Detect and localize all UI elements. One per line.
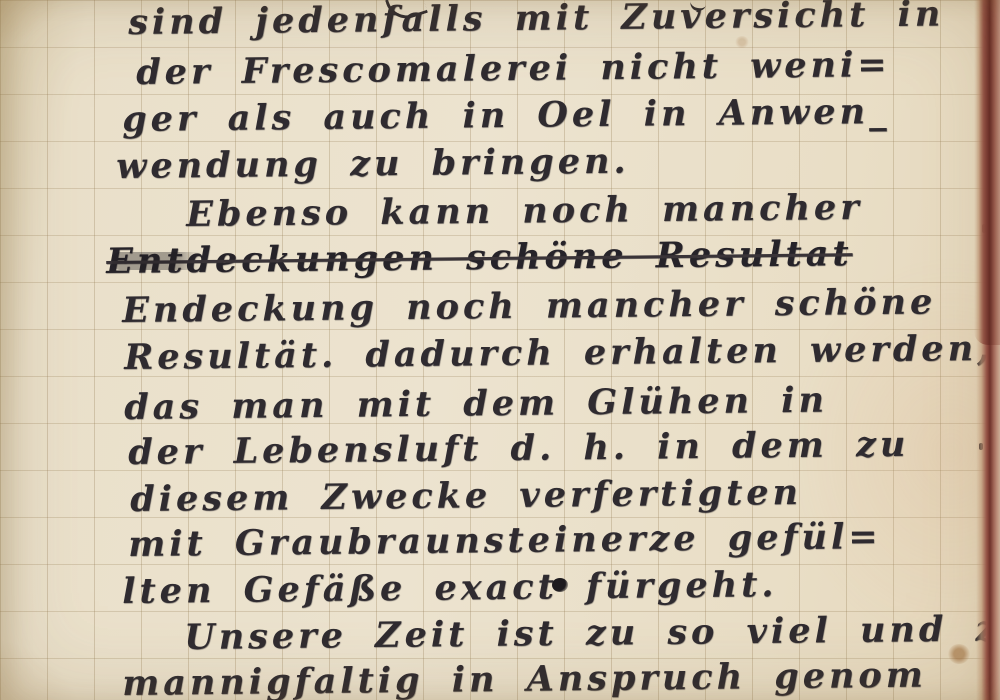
manuscript-line: der Frescomalerei nicht weni= xyxy=(136,44,891,93)
foxing-stain xyxy=(948,644,970,664)
manuscript-line: wendung zu bringen. xyxy=(116,141,630,187)
manuscript-line: Endeckung noch mancher schöne xyxy=(122,281,936,331)
manuscript-line: diesem Zwecke verfertigten xyxy=(130,472,802,520)
manuscript-line: Resultät. dadurch erhalten werden, xyxy=(124,328,993,378)
manuscript-line: der Lebensluft d. h. in dem zu xyxy=(128,424,910,473)
manuscript-line: Unsere Zeit ist zu so viel und zu xyxy=(184,608,1000,658)
manuscript-line: lten Gefäße exact fürgeht. xyxy=(122,564,778,612)
foxing-stain xyxy=(735,36,749,48)
manuscript-line: das man mit dem Glühen in xyxy=(124,380,828,428)
binding-edge-top xyxy=(974,0,1000,345)
manuscript-line: mit Graubraunsteinerze gefül= xyxy=(128,516,882,565)
manuscript-line: ger als auch in Oel in Anwen_ xyxy=(122,91,891,140)
manuscript-line: sind jedenfalls mit Zuversicht in xyxy=(128,0,944,43)
manuscript-line: mannigfaltig in Anspruch genom xyxy=(122,655,927,700)
ink-blot xyxy=(552,578,568,592)
ink-smear xyxy=(112,252,204,270)
manuscript-page: sind jedenfalls mit Zuversicht in der Fr… xyxy=(0,0,1000,700)
manuscript-line: Ebenso kann noch mancher xyxy=(186,187,863,235)
manuscript-line-struck: Entdeckungen schöne Resultat xyxy=(106,233,853,282)
